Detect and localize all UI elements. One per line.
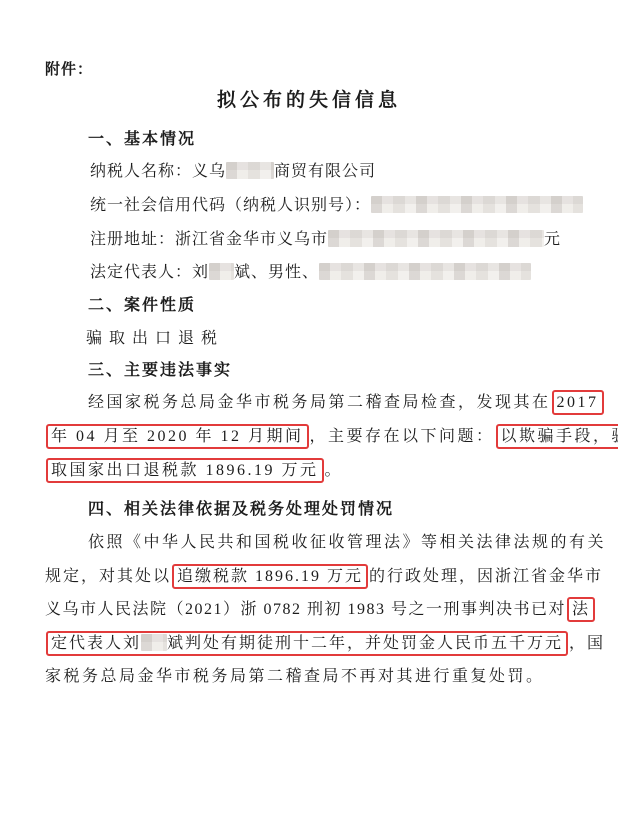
redaction-address: [328, 230, 544, 247]
credit-code-label: 统一社会信用代码（纳税人识别号）：: [90, 197, 371, 214]
highlight-box-year: 2017: [552, 390, 604, 415]
credit-code-line: 统一社会信用代码（纳税人识别号）：: [90, 194, 583, 217]
law-line4-hl-post: 斌判处有期徒刑十二年，并处罚金人民币五千万元: [167, 635, 563, 652]
redaction-legal-rep-id: [319, 263, 531, 280]
address-post: 元: [544, 231, 561, 248]
facts-line2-highlight2: 以欺骗手段，骗: [501, 428, 618, 445]
law-line3-text: 义乌市人民法院（2021）浙 0782 刑初 1983 号之一刑事判决书已对: [45, 601, 566, 618]
taxpayer-name-pre: 纳税人名称：义乌: [90, 163, 226, 180]
facts-line3-text: 。: [325, 462, 344, 479]
highlight-box-refund-amount: 取国家出口退税款 1896.19 万元: [46, 458, 324, 483]
facts-line2: 年 04 月至 2020 年 12 月期间，主要存在以下问题：以欺骗手段，骗: [45, 425, 618, 448]
redaction-credit-code: [371, 196, 583, 213]
section3-heading: 三、主要违法事实: [88, 359, 232, 382]
redaction-legal-rep-givenname: [209, 263, 234, 280]
taxpayer-name-line: 纳税人名称：义乌商贸有限公司: [90, 160, 376, 183]
facts-line2-text: ，主要存在以下问题：: [310, 428, 495, 445]
legal-rep-line: 法定代表人：刘斌、男性、: [90, 261, 531, 284]
law-line3: 义乌市人民法院（2021）浙 0782 刑初 1983 号之一刑事判决书已对法: [45, 598, 596, 621]
legal-rep-pre: 法定代表人：刘: [90, 264, 209, 281]
section2-heading: 二、案件性质: [88, 294, 196, 317]
law-line3-highlight: 法: [572, 601, 590, 618]
doc-title: 拟公布的失信信息: [0, 89, 618, 112]
highlight-box-legal-char: 法: [567, 597, 595, 622]
address-pre: 注册地址：浙江省金华市义乌市: [90, 231, 328, 248]
case-nature-text: 骗取出口退税: [86, 327, 224, 350]
law-line4: 定代表人刘斌判处有期徒刑十二年，并处罚金人民币五千万元，国: [45, 632, 605, 655]
facts-line1: 经国家税务总局金华市税务局第二稽查局检查，发现其在2017: [88, 391, 605, 414]
law-line2-post: 的行政处理，因浙江省金华市: [369, 568, 603, 585]
address-line: 注册地址：浙江省金华市义乌市元: [90, 228, 561, 251]
redaction-rep-givenname-2: [141, 634, 167, 651]
highlight-box-recovered-tax: 追缴税款 1896.19 万元: [172, 564, 368, 589]
document-page: 附件： 拟公布的失信信息 一、基本情况 纳税人名称：义乌商贸有限公司 统一社会信…: [0, 0, 618, 820]
taxpayer-name-post: 商贸有限公司: [274, 163, 376, 180]
facts-line3-highlight: 取国家出口退税款 1896.19 万元: [51, 462, 319, 479]
section4-heading: 四、相关法律依据及税务处理处罚情况: [88, 498, 394, 521]
attachment-label: 附件：: [45, 58, 93, 81]
facts-line2-highlight1: 年 04 月至 2020 年 12 月期间: [51, 428, 304, 445]
legal-rep-mid: 斌、男性、: [234, 264, 319, 281]
law-line4-hl-pre: 定代表人刘: [51, 635, 141, 652]
redaction-taxpayer-name: [226, 162, 274, 179]
highlight-box-period: 年 04 月至 2020 年 12 月期间: [46, 424, 309, 449]
facts-line1-text: 经国家税务总局金华市税务局第二稽查局检查，发现其在: [88, 394, 551, 411]
facts-line1-highlight: 2017: [557, 394, 599, 411]
law-line2-pre: 规定，对其处以: [45, 568, 171, 585]
law-line1: 依照《中华人民共和国税收征收管理法》等相关法律法规的有关: [88, 531, 606, 554]
highlight-box-fraud-means: 以欺骗手段，骗: [496, 424, 618, 449]
highlight-box-sentence: 定代表人刘斌判处有期徒刑十二年，并处罚金人民币五千万元: [46, 631, 568, 656]
facts-line3: 取国家出口退税款 1896.19 万元。: [45, 459, 343, 482]
law-line2-highlight: 追缴税款 1896.19 万元: [177, 568, 363, 585]
section1-heading: 一、基本情况: [88, 128, 196, 151]
law-line2: 规定，对其处以追缴税款 1896.19 万元的行政处理，因浙江省金华市: [45, 565, 603, 588]
law-line5: 家税务总局金华市税务局第二稽查局不再对其进行重复处罚。: [45, 665, 545, 688]
law-line4-post: ，国: [569, 635, 605, 652]
